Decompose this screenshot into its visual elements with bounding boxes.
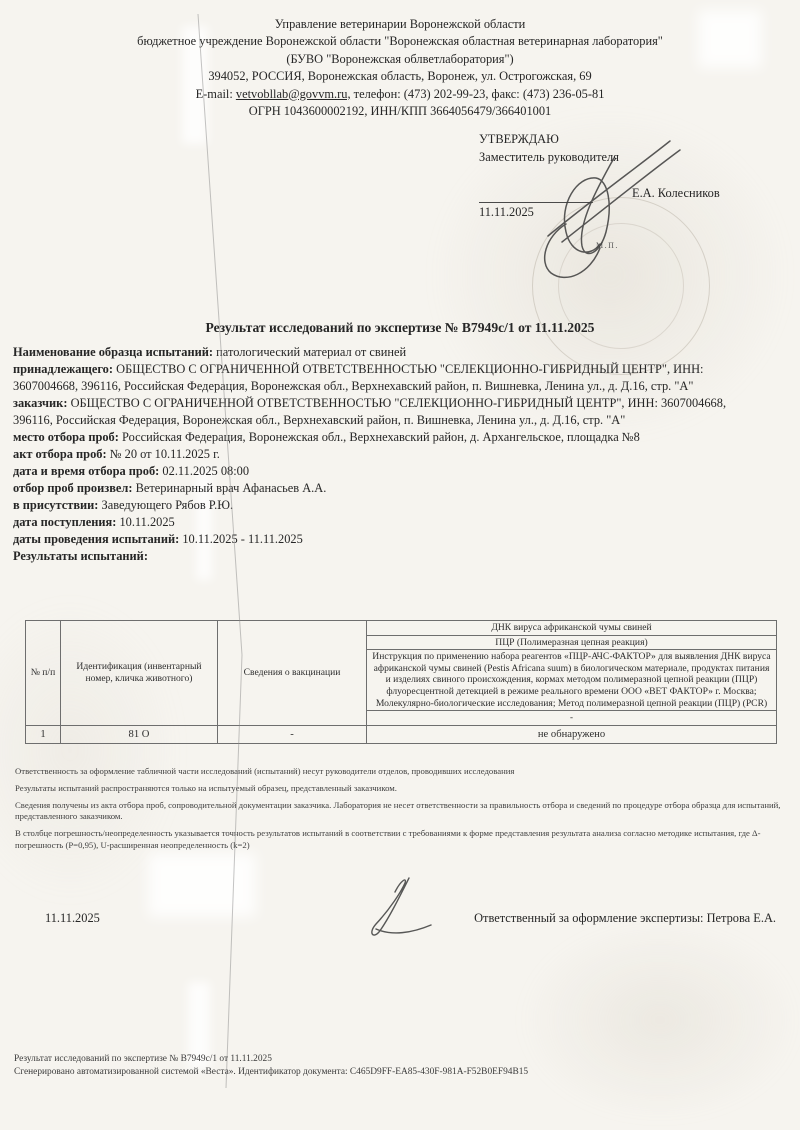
col-header-number: № п/п [26,621,61,726]
results-table: № п/п Идентификация (инвентарный номер, … [25,620,777,744]
document-title: Результат исследований по экспертизе № В… [0,320,800,336]
signature-line [479,202,593,203]
footnote: Результаты испытаний распространяются то… [15,783,787,794]
approval-block: УТВЕРЖДАЮ Заместитель руководителя [479,131,619,166]
approval-heading: УТВЕРЖДАЮ [479,131,619,149]
row-vaccination-cell: - [218,726,367,744]
document-footer: Результат исследований по экспертизе № В… [14,1053,528,1079]
responsible-signature [372,878,431,935]
table-row: 1 81 О - не обнаружено [26,726,777,744]
footnote: Ответственность за оформление табличной … [15,766,787,777]
approval-date: 11.11.2025 [479,205,534,220]
scan-artifact [148,853,256,917]
footer-generated-line: Сгенерировано автоматизированной системо… [14,1066,528,1079]
test-group-header: ДНК вируса африканской чумы свиней [367,621,777,636]
scan-artifact [520,920,800,1120]
letterhead: Управление ветеринарии Воронежской облас… [0,16,800,120]
method-group-header: ПЦР (Полимеразная цепная реакция) [367,635,777,650]
detail-line: Наименование образца испытаний: патологи… [13,344,747,361]
org-name-line1: Управление ветеринарии Воронежской облас… [0,16,800,33]
org-name-line3: (БУВО "Воронежская облветлаборатория") [0,51,800,68]
scan-overlay [0,0,800,1130]
detail-line: дата поступления: 10.11.2025 [13,514,747,531]
row-result-cell: не обнаружено [367,726,777,744]
scanned-document-page: Управление ветеринарии Воронежской облас… [0,0,800,1130]
approver-position: Заместитель руководителя [479,149,619,167]
detail-line: акт отбора проб: № 20 от 10.11.2025 г. [13,446,747,463]
results-heading: Результаты испытаний: [13,548,747,565]
email-label: E-mail: [196,87,233,101]
col-header-identification: Идентификация (инвентарный номер, кличка… [61,621,218,726]
detail-line: место отбора проб: Российская Федерация,… [13,429,747,446]
row-number-cell: 1 [26,726,61,744]
footnotes: Ответственность за оформление табличной … [15,766,787,856]
phone-fax: телефон: (473) 202-99-23, факс: (473) 23… [354,87,605,101]
detail-line: в присутствии: Заведующего Рябов Р.Ю. [13,497,747,514]
footnote: В столбце погрешность/неопределенность у… [15,828,787,851]
detail-line: заказчик: ОБЩЕСТВО С ОГРАНИЧЕННОЙ ОТВЕТС… [13,395,747,429]
org-address: 394052, РОССИЯ, Воронежская область, Вор… [0,68,800,85]
col-header-vaccination: Сведения о вакцинации [218,621,367,726]
method-description-cell: Инструкция по применению набора реагенто… [367,650,777,711]
footer-expertise-line: Результат исследований по экспертизе № В… [14,1053,528,1066]
row-identification-cell: 81 О [61,726,218,744]
detail-line: даты проведения испытаний: 10.11.2025 - … [13,531,747,548]
uncertainty-cell: - [367,711,777,726]
responsible-person: Ответственный за оформление экспертизы: … [474,911,776,926]
org-contacts: E-mail: vetvobllab@govvm.ru, телефон: (4… [0,86,800,103]
email-link[interactable]: vetvobllab@govvm.ru, [236,87,351,101]
org-name-line2: бюджетное учреждение Воронежской области… [0,33,800,50]
detail-line: дата и время отбора проб: 02.11.2025 08:… [13,463,747,480]
approver-name: Е.А. Колесников [632,186,720,201]
signoff-date: 11.11.2025 [45,911,100,926]
org-ogrn-inn: ОГРН 1043600002192, ИНН/КПП 3664056479/3… [0,103,800,120]
detail-line: отбор проб произвел: Ветеринарный врач А… [13,480,747,497]
detail-line: принадлежащего: ОБЩЕСТВО С ОГРАНИЧЕННОЙ … [13,361,747,395]
footnote: Сведения получены из акта отбора проб, с… [15,800,787,823]
sample-details: Наименование образца испытаний: патологи… [13,344,747,565]
